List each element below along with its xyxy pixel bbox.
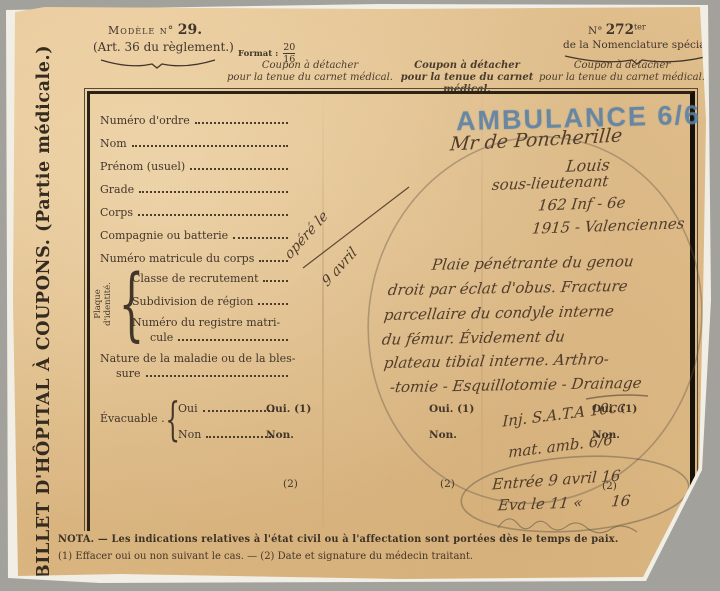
field-label: Grade — [100, 183, 134, 196]
field-row-grade: Grade — [100, 183, 290, 196]
dotted-leader — [132, 145, 288, 147]
model-article: (Art. 36 du règlement.) — [93, 40, 234, 54]
number-prefix: N° — [588, 25, 602, 37]
evacuable-label: Évacuable . . — [100, 412, 172, 425]
plaque-label-line1: Plaque — [93, 282, 103, 326]
dotted-leader — [259, 260, 288, 262]
nomenclature-number: N° 272ter — [588, 22, 646, 38]
scanned-document-photo: { "colors": { "paper": "#e7c795", "ink":… — [0, 0, 720, 591]
dotted-leader — [195, 122, 288, 124]
hw-diagnosis-line3: parcellaire du condyle interne — [383, 303, 615, 324]
coupon-header-3: Coupon à détacher pour la tenue du carne… — [537, 60, 707, 84]
coupon1-oui: Oui. (1) — [266, 403, 311, 415]
side-title: BILLET D'HÔPITAL À COUPONS. (Partie médi… — [34, 45, 54, 579]
evacuable-oui-row: Oui — [178, 402, 276, 415]
nota-line: NOTA. — Les indications relatives à l'ét… — [58, 534, 618, 545]
coupon-header-3-line1: Coupon à détacher — [537, 60, 707, 72]
field-label: Prénom (usuel) — [100, 160, 185, 173]
hw-diagnosis-line1: Plaie pénétrante du genou — [431, 253, 635, 273]
dotted-leader — [146, 375, 289, 377]
dotted-leader — [190, 168, 288, 170]
field-label: Corps — [100, 206, 133, 219]
field-label: Subdivision de région — [132, 295, 253, 308]
dotted-leader — [258, 303, 288, 305]
dotted-leader — [263, 280, 288, 282]
evacuable-non-row: Non — [178, 428, 276, 441]
field-row-registre-line2: cule — [150, 331, 290, 344]
coupon-header-1-line2: pour la tenue du carnet médical. — [225, 72, 395, 84]
field-label: Classe de recrutement — [132, 272, 258, 285]
hw-opere-line1: opéré le — [283, 208, 332, 263]
dotted-leader — [203, 410, 274, 412]
hw-diagnosis-line4: du fémur. Évidement du — [381, 328, 566, 348]
hw-diagnosis-line5: plateau tibial interne. Arthro- — [383, 351, 610, 371]
field-row-registre-line1: Numéro du registre matri- — [132, 316, 280, 329]
model-number: 29. — [178, 22, 202, 38]
field-row-classe: Classe de recrutement — [132, 272, 290, 285]
dotted-leader — [178, 339, 288, 341]
field-row-nature-line2: sure — [116, 367, 290, 380]
field-row-compagnie: Compagnie ou batterie — [100, 229, 290, 242]
format-numerator: 20 — [283, 42, 295, 53]
field-row-nature-line1: Nature de la maladie ou de la bles- — [100, 352, 295, 365]
field-row-prenom: Prénom (usuel) — [100, 160, 290, 173]
number-suffix: ter — [634, 23, 646, 32]
non-label: Non — [178, 428, 201, 441]
dotted-leader — [206, 436, 274, 438]
flourish-brace-left — [98, 57, 218, 69]
plaque-identite-label: Plaque d'identité. — [93, 282, 113, 326]
field-label: cule — [150, 331, 173, 344]
nomenclature-line: de la Nomenclature spéciale. — [563, 39, 718, 51]
number-value: 272 — [606, 22, 634, 38]
field-label: sure — [116, 367, 141, 380]
field-row-subdivision: Subdivision de région — [132, 295, 290, 308]
field-row-nom: Nom — [100, 137, 290, 150]
coupon-header-2-line1: Coupon à détacher — [382, 60, 552, 72]
model-prefix: Modèle n° — [108, 24, 174, 37]
coupon-header-1: Coupon à détacher pour la tenue du carne… — [225, 60, 395, 84]
coupon1-note2: (2) — [283, 478, 298, 490]
dotted-leader — [139, 191, 288, 193]
coupon2-non: Non. — [429, 429, 457, 441]
model-heading: Modèle n° 29. — [108, 22, 202, 38]
oui-label: Oui — [178, 402, 198, 415]
plaque-label-line2: d'identité. — [103, 282, 113, 326]
field-row-numero-ordre: Numéro d'ordre — [100, 114, 290, 127]
coupon2-note2: (2) — [440, 478, 455, 490]
dotted-leader — [138, 214, 288, 216]
field-label: Numéro d'ordre — [100, 114, 190, 127]
hw-opere-line2: 9 avril — [319, 244, 361, 291]
paper-form: Modèle n° 29. (Art. 36 du règlement.) Fo… — [0, 0, 720, 591]
hw-unit: 162 Inf - 6e — [537, 194, 626, 214]
coupon1-non: Non. — [266, 429, 294, 441]
hw-diagnosis-line2: droit par éclat d'obus. Fracture — [387, 278, 629, 299]
coupon-header-3-line2: pour la tenue du carnet médical. — [537, 72, 707, 84]
format-label: Format : — [238, 49, 278, 59]
field-label: Nom — [100, 137, 127, 150]
coupon-header-1-line1: Coupon à détacher — [225, 60, 395, 72]
field-label: Compagnie ou batterie — [100, 229, 228, 242]
hw-rank: sous-lieutenant — [491, 173, 609, 194]
legend-line: (1) Effacer oui ou non suivant le cas. —… — [58, 551, 473, 562]
coupon2-oui: Oui. (1) — [429, 403, 474, 415]
field-row-corps: Corps — [100, 206, 290, 219]
